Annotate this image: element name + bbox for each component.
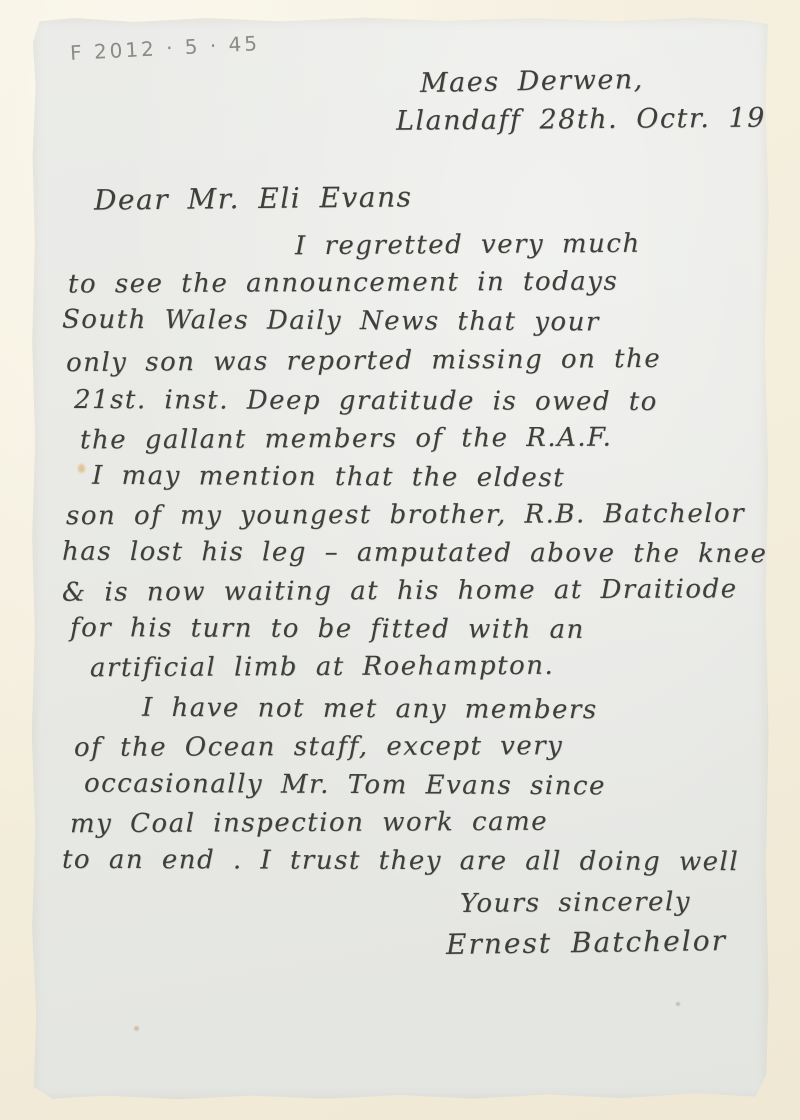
letter-body-line: only son was reported missing on the: [66, 344, 661, 378]
letter-body-line: son of my youngest brother, R.B. Batchel…: [66, 499, 745, 531]
letter-body-line: 21st. inst. Deep gratitude is owed to: [74, 385, 658, 417]
letter-body-line: has lost his leg – amputated above the k…: [62, 537, 800, 570]
letter-body-line: artificial limb at Roehampton.: [90, 651, 554, 683]
foxing-spot: [676, 1002, 680, 1006]
letter-body-line: occasionally Mr. Tom Evans since: [84, 769, 606, 802]
letter-body-line: I have not met any members: [142, 693, 598, 725]
letter-closing: Yours sincerely: [460, 887, 691, 919]
letter-body-line: I may mention that the eldest: [92, 461, 565, 493]
letter-body-line: South Wales Daily News that your: [62, 305, 600, 338]
catalog-number: F 2012 · 5 · 45: [70, 31, 261, 65]
foxing-spot: [134, 1026, 139, 1031]
letter-body-line: to see the announcement in todays: [68, 267, 618, 300]
letter-date-line: Llandaff 28th. Octr. 1918: [396, 102, 800, 137]
letter-salutation: Dear Mr. Eli Evans: [94, 180, 413, 216]
scanned-letter-stage: F 2012 · 5 · 45 Maes Derwen, Llandaff 28…: [0, 0, 800, 1120]
letter-paper: F 2012 · 5 · 45 Maes Derwen, Llandaff 28…: [30, 16, 770, 1102]
letter-address-line: Maes Derwen,: [420, 64, 644, 99]
letter-signature: Ernest Batchelor: [446, 924, 727, 961]
letter-body-line: my Coal inspection work came: [70, 807, 548, 840]
letter-body-line: of the Ocean staff, except very: [74, 731, 563, 763]
foxing-spot: [78, 464, 85, 473]
letter-body-line: & is now waiting at his home at Draitiod…: [62, 574, 738, 608]
letter-body-line: I regretted very much: [295, 229, 641, 261]
letter-body-line: the gallant members of the R.A.F.: [80, 423, 613, 456]
letter-body-line: to an end . I trust they are all doing w…: [62, 845, 739, 877]
letter-body-line: for his turn to be fitted with an: [70, 613, 585, 645]
